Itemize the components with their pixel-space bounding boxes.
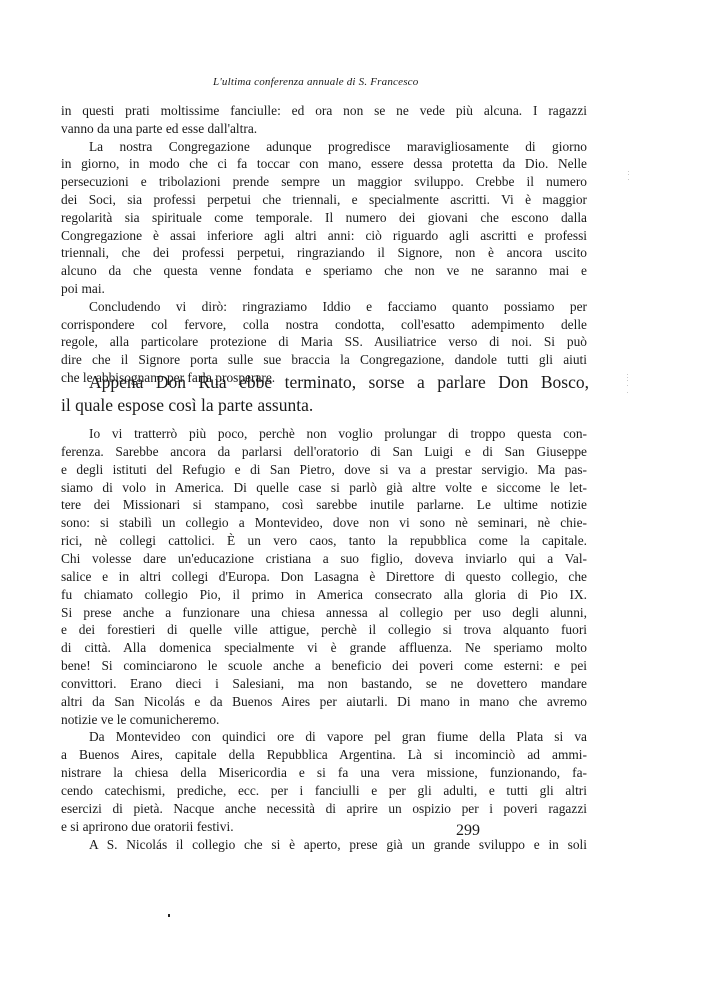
text-line: altri da San Nicolás e da Buenos Aires p… [61, 693, 587, 711]
text-line: di città. Alla domenica specialmente vi … [61, 639, 587, 657]
text-line: La nostra Congregazione adunque progredi… [89, 138, 587, 156]
text-line: a Buenos Aires, capitale della Repubblic… [61, 746, 587, 764]
text-line: salice e in altri collegi d'Europa. Don … [61, 568, 587, 586]
text-line: Chi volesse dare un'educazione cristiana… [61, 550, 587, 568]
text-line: e degli istituti del Refugio e di San Pi… [61, 461, 587, 479]
text-line: Da Montevideo con quindici ore di vapore… [89, 728, 587, 746]
text-line: ferenza. Sarebbe ancora da parlarsi dell… [61, 443, 587, 461]
document-page: L'ultima conferenza annuale di S. France… [0, 0, 707, 983]
scan-speck [168, 914, 170, 917]
page-number: 299 [456, 822, 480, 840]
text-line: Appena Don Rua ebbe terminato, sorse a p… [89, 370, 589, 394]
text-line: Concludendo vi dirò: ringraziamo Iddio e… [89, 298, 587, 316]
scan-speck [627, 374, 628, 375]
text-line: il quale espose così la parte assunta. [61, 393, 589, 417]
text-line: persecuzioni e tribolazioni prende sempr… [61, 173, 587, 191]
text-line: notizie ve le comunicheremo. [61, 711, 587, 729]
scan-speck [627, 377, 628, 378]
scan-speck [627, 385, 628, 386]
text-line: poi mai. [61, 280, 587, 298]
text-line: triennali, che dei professi perpetui, ri… [61, 244, 587, 262]
text-line: dei Soci, sia professi perpetui che trie… [61, 191, 587, 209]
text-line: regole, alla particolare protezione di M… [61, 333, 587, 351]
text-line: alcuno da che questa venne fondata e spe… [61, 262, 587, 280]
text-line: in giorno, in modo che ci fa toccar con … [61, 155, 587, 173]
text-line: nistrare la chiesa della Misericordia e … [61, 764, 587, 782]
scan-speck [628, 171, 629, 172]
text-line: Congregazione è assai inferiore agli alt… [61, 227, 587, 245]
text-line: vanno da una parte ed esse dall'altra. [61, 120, 587, 138]
scan-speck [627, 392, 628, 393]
text-line: esercizi di pietà. Nacque anche necessit… [61, 800, 587, 818]
scan-speck [628, 179, 629, 180]
text-line: regolarità sia spirituale come temporale… [61, 209, 587, 227]
scan-speck [627, 380, 628, 381]
text-line: Io vi tratterrò più poco, perchè non vog… [89, 425, 587, 443]
text-line: dire che il Signore porta sulle sue brac… [61, 351, 587, 369]
text-line: sono: si stabilì un collegio a Montevide… [61, 514, 587, 532]
text-line: convittori. Erano dieci i Salesiani, ma … [61, 675, 587, 693]
text-line: Si prese anche a funzionare una chiesa a… [61, 604, 587, 622]
text-line: in questi prati moltissime fanciulle: ed… [61, 102, 587, 120]
text-line: e si aprirono due oratorii festivi. [61, 818, 587, 836]
text-line: fu chiamato collegio Pio, il primo in Am… [61, 586, 587, 604]
running-head: L'ultima conferenza annuale di S. France… [213, 76, 418, 88]
text-line: siamo di volo in America. Di quelle case… [61, 479, 587, 497]
text-line: corrispondere col fervore, colla nostra … [61, 316, 587, 334]
text-line: A S. Nicolás il collegio che si è aperto… [89, 836, 587, 854]
text-line: rici, nè collegi cattolici. È un vero ca… [61, 532, 587, 550]
text-line: tere dei Missionari si stampano, così sa… [61, 496, 587, 514]
text-line: bene! Si cominciarono le scuole anche a … [61, 657, 587, 675]
text-line: cendo catechismi, prediche, ecc. per i f… [61, 782, 587, 800]
text-line: e dei forestieri di quelle ville attigue… [61, 621, 587, 639]
scan-speck [628, 174, 629, 175]
